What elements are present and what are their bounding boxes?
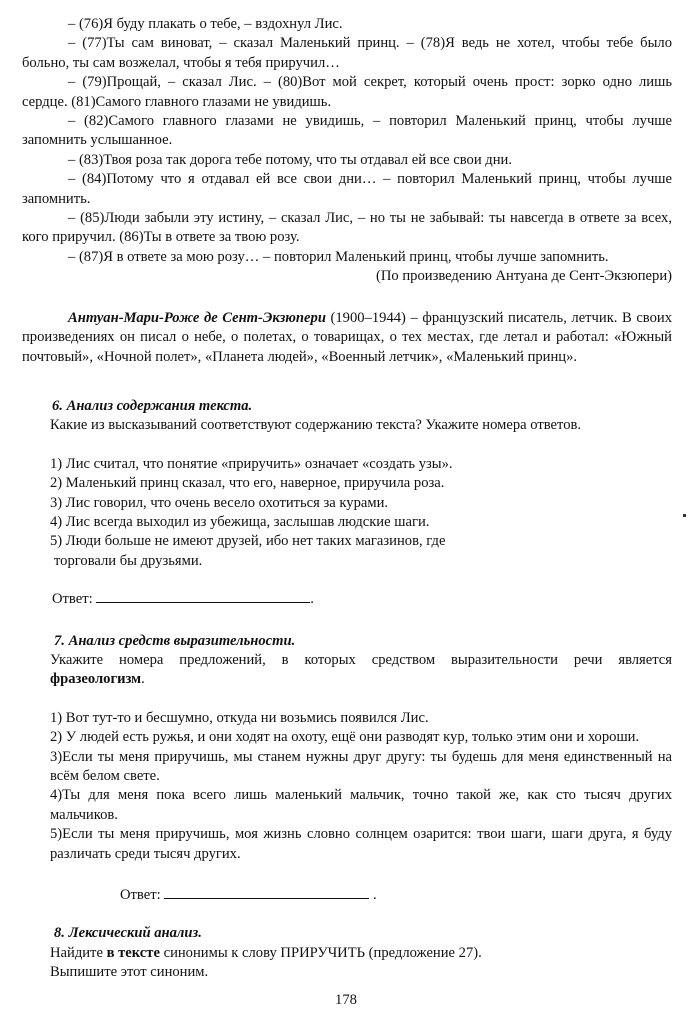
task-7-option: 1) Вот тут-то и бесшумно, откуда ни возь… [50, 709, 672, 728]
task-7-option: 5)Если ты меня приручишь, моя жизнь слов… [50, 825, 672, 864]
document-page: – (76)Я буду плакать о тебе, – вздохнул … [22, 15, 672, 983]
task-6: 6. Анализ содержания текста. Какие из вы… [22, 397, 672, 610]
task-8-title: 8. Лексический анализ. [22, 924, 672, 943]
task-7-answer: Ответ: . [22, 886, 672, 905]
answer-blank[interactable] [164, 886, 369, 899]
answer-label: Ответ: [52, 591, 93, 607]
task-7-title: 7. Анализ средств выразительности. [22, 632, 672, 651]
scan-speck [683, 514, 686, 517]
task-7-option: 3)Если ты меня приручишь, мы станем нужн… [50, 748, 672, 787]
task-7-option: 2) У людей есть ружья, и они ходят на ох… [50, 728, 672, 747]
task-8-instruction: Выпишите этот синоним. [22, 963, 672, 982]
dialogue-line: – (87)Я в ответе за мою розу… – повторил… [22, 248, 672, 267]
task-6-option: 5) Люди больше не имеют друзей, ибо нет … [50, 532, 672, 551]
task-6-option: 2) Маленький принц сказал, что его, наве… [50, 474, 672, 493]
task-7: 7. Анализ средств выразительности. Укажи… [22, 632, 672, 906]
task-6-option: 1) Лис считал, что понятие «приручить» о… [50, 455, 672, 474]
dialogue-line: – (83)Твоя роза так дорога тебе потому, … [22, 151, 672, 170]
task-6-title: 6. Анализ содержания текста. [22, 397, 672, 416]
task-7-question: Укажите номера предложений, в которых ср… [22, 651, 672, 690]
task-8-question: Найдите в тексте синонимы к слову ПРИРУЧ… [22, 944, 672, 963]
author-bio: Антуан-Мари-Роже де Сент-Экзюпери (1900–… [22, 309, 672, 367]
task-6-option-cont: торговали бы друзьями. [50, 552, 672, 571]
keyword: фразеологизм [50, 671, 141, 687]
author-name: Антуан-Мари-Роже де Сент-Экзюпери [68, 310, 326, 326]
task-6-option: 4) Лис всегда выходил из убежища, заслыш… [50, 513, 672, 532]
dialogue-line: – (82)Самого главного глазами не увидишь… [22, 112, 672, 151]
dialogue: – (76)Я буду плакать о тебе, – вздохнул … [22, 15, 672, 287]
task-7-option: 4)Ты для меня пока всего лишь маленький … [50, 786, 672, 825]
task-8: 8. Лексический анализ. Найдите в тексте … [22, 924, 672, 982]
answer-label: Ответ: [120, 887, 161, 903]
dialogue-line: – (84)Потому что я отдавал ей все свои д… [22, 170, 672, 209]
dialogue-line: – (76)Я буду плакать о тебе, – вздохнул … [22, 15, 672, 34]
dialogue-line: – (85)Люди забыли эту истину, – сказал Л… [22, 209, 672, 248]
dialogue-line: – (79)Прощай, – сказал Лис. – (80)Вот мо… [22, 73, 672, 112]
answer-blank[interactable] [96, 590, 310, 603]
dialogue-line: – (77)Ты сам виноват, – сказал Маленький… [22, 34, 672, 73]
page-number: 178 [0, 992, 692, 1009]
task-6-answer: Ответ: . [22, 590, 672, 609]
task-6-question: Какие из высказываний соответствуют соде… [22, 416, 672, 435]
source-attribution: (По произведению Антуана де Сент-Экзюпер… [22, 267, 672, 286]
task-6-option: 3) Лис говорил, что очень весело охотить… [50, 494, 672, 513]
